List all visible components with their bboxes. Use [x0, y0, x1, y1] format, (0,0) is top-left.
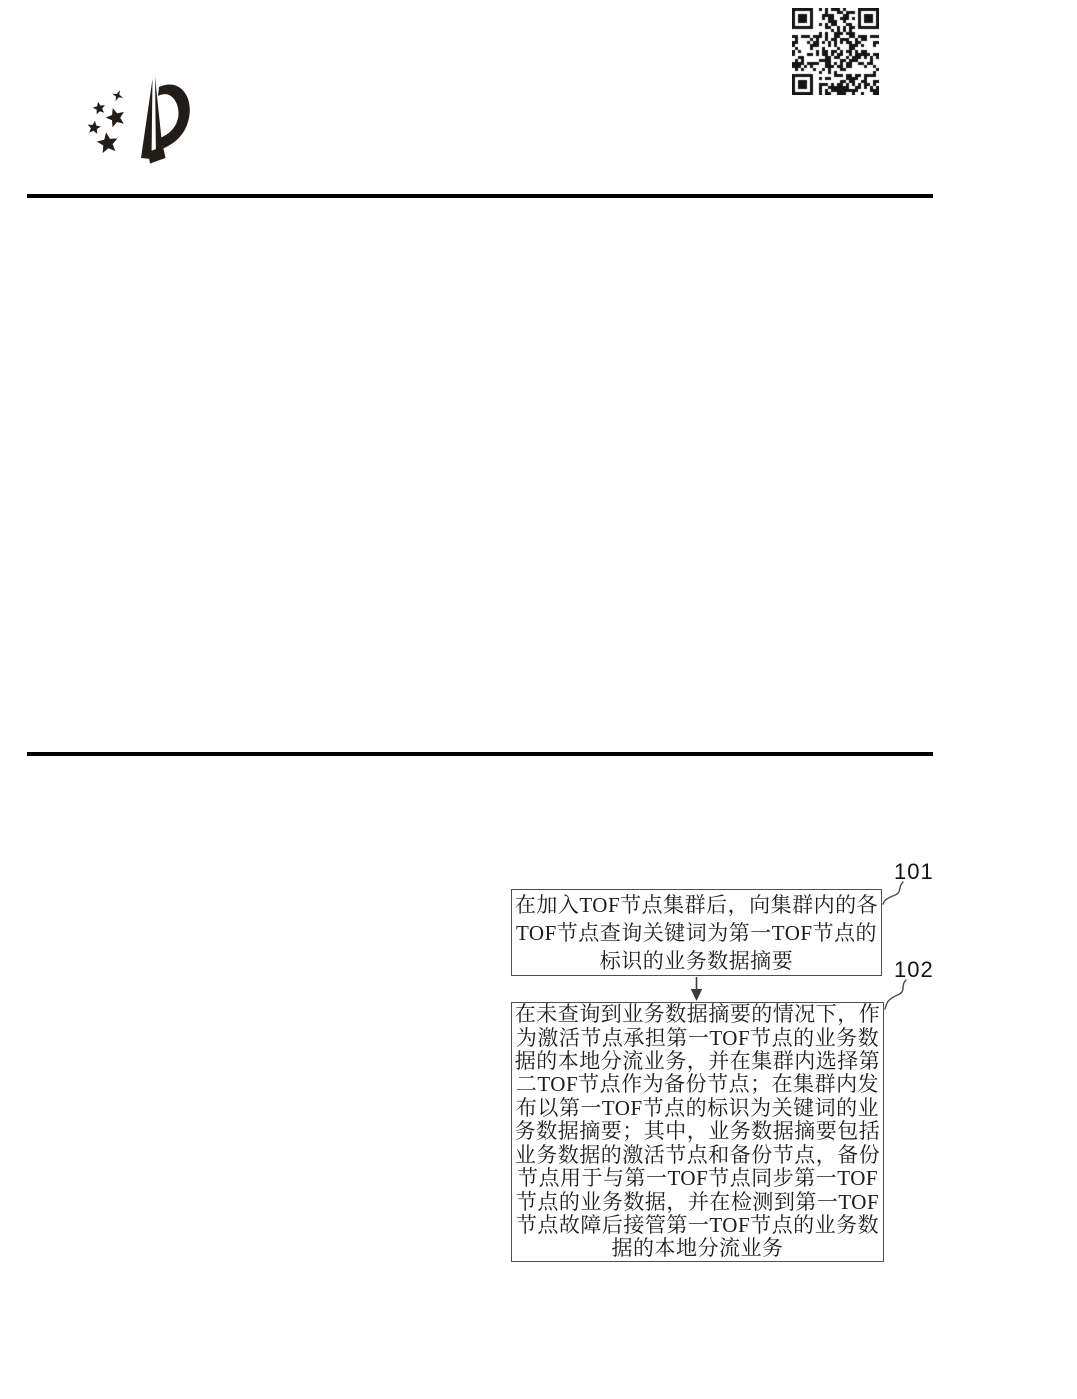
star-icon — [106, 108, 124, 127]
down-arrow-icon — [691, 977, 702, 1001]
step-102-text-line: 务数据摘要；其中，业务数据摘要包括 — [512, 1120, 883, 1143]
header-divider — [27, 194, 933, 198]
star-icon — [112, 90, 123, 101]
cnipa-logo — [75, 75, 205, 175]
step-101-text-line: TOF节点查询关键词为第一TOF节点的 — [512, 919, 881, 947]
step-102-text-line: 业务数据的激活节点和备份节点，备份 — [512, 1144, 883, 1167]
section-divider — [27, 752, 933, 756]
step-102-text-line: 为激活节点承担第一TOF节点的业务数 — [512, 1027, 883, 1050]
step-102-text-line: 布以第一TOF节点的标识为关键词的业 — [512, 1097, 883, 1120]
leader-line-102 — [885, 980, 906, 1009]
step-102-text-line: 据的本地分流业务 — [512, 1237, 883, 1260]
flowchart-step-102: 在未查询到业务数据摘要的情况下，作 为激活节点承担第一TOF节点的业务数 据的本… — [511, 1002, 884, 1262]
flowchart-step-101: 在加入TOF节点集群后，向集群内的各 TOF节点查询关键词为第一TOF节点的 标… — [511, 889, 882, 976]
step-102-text-line: 节点的业务数据，并在检测到第一TOF — [512, 1191, 883, 1214]
step-102-text-line: 在未查询到业务数据摘要的情况下，作 — [512, 1003, 883, 1026]
star-icon — [97, 132, 118, 153]
patent-page: 在加入TOF节点集群后，向集群内的各 TOF节点查询关键词为第一TOF节点的 标… — [0, 0, 1077, 1399]
step-102-text-line: 节点故障后接管第一TOF节点的业务数 — [512, 1214, 883, 1237]
cnipa-emblem-icon — [75, 75, 205, 175]
step-101-text-line: 在加入TOF节点集群后，向集群内的各 — [512, 891, 881, 919]
star-icon — [93, 102, 105, 114]
qr-code — [792, 8, 879, 95]
step-101-text-line: 标识的业务数据摘要 — [512, 947, 881, 975]
ref-label-102: 102 — [894, 957, 934, 983]
step-102-text-line: 二TOF节点作为备份节点；在集群内发 — [512, 1073, 883, 1096]
step-102-text-line: 节点用于与第一TOF节点同步第一TOF — [512, 1167, 883, 1190]
leader-line-101 — [883, 882, 903, 904]
ref-label-101: 101 — [894, 859, 934, 885]
star-icon — [88, 121, 101, 134]
step-102-text-line: 据的本地分流业务，并在集群内选择第 — [512, 1050, 883, 1073]
